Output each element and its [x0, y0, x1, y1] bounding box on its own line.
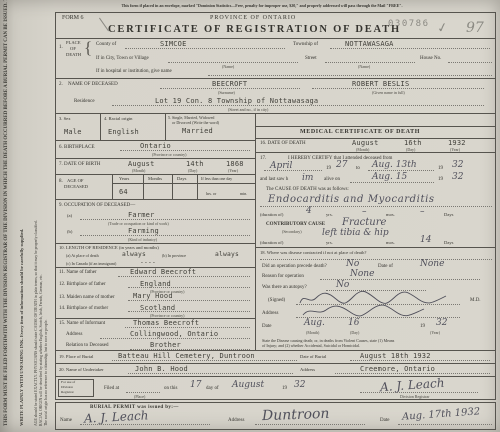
- permit-address-value: Duntroon: [262, 406, 330, 424]
- medical-certificate-header: MEDICAL CERTIFICATE OF DEATH: [300, 129, 420, 135]
- margin-fine-print: AGE should be stated EXACTLY. PHYSICIANS…: [34, 220, 49, 426]
- leader-line: [255, 424, 365, 425]
- city-town-village-label: If in City, Town or Village: [96, 56, 149, 61]
- surname-caption: (Surname): [218, 90, 235, 95]
- leader-line: [208, 75, 492, 76]
- place-of-death-label-1: PLACE: [66, 40, 81, 45]
- leader-line: [126, 392, 160, 393]
- relation-label: Relation to Deceased: [66, 343, 108, 348]
- duration2-mos-caption: mos.: [386, 240, 395, 245]
- age-label-2: DECEASED: [64, 184, 88, 189]
- duration-yrs-caption: yrs.: [326, 212, 333, 217]
- age-min-label: min.: [240, 191, 247, 196]
- leader-line: [350, 360, 490, 361]
- doctor-date-day-caption: (Day): [350, 330, 359, 335]
- duration-years-value: 4: [306, 206, 312, 216]
- doctor-date-year: 32: [436, 318, 447, 328]
- filed-at-label: Filed at: [104, 386, 119, 391]
- permit-date-label: Date: [380, 418, 389, 423]
- divider: [55, 158, 255, 159]
- certify-number: 17.: [260, 156, 266, 161]
- contributory-cause-line1: Fracture: [342, 217, 386, 228]
- attended-from-year: 27: [336, 160, 347, 170]
- residence-caption: (Street and no., if in city): [228, 107, 268, 112]
- duration2-label: (duration of): [260, 240, 283, 245]
- leader-line: [350, 182, 434, 183]
- leader-line: [128, 300, 250, 301]
- cause-of-death-value: Endocarditis and Myocarditis: [268, 194, 435, 205]
- father-birthplace-label: 12. Birthplace of father: [59, 282, 106, 287]
- leader-line: [335, 373, 490, 374]
- cell-divider: [197, 174, 198, 199]
- place-of-burial-value: Batteau Hill Cemetery, Duntroon: [118, 352, 255, 360]
- leader-line: [360, 392, 478, 393]
- leader-line: [80, 424, 210, 425]
- cell-divider: [143, 174, 144, 199]
- date-of-burial-label: Date of Burial: [300, 354, 326, 359]
- reason-for-operation-value: None: [350, 269, 374, 279]
- marital-label-line2: or Divorced (Write the word): [172, 120, 219, 125]
- leader-line: [168, 62, 298, 63]
- cell-divider: [165, 113, 166, 140]
- leader-line: [118, 276, 250, 277]
- given-name-caption: (Given name in full): [372, 90, 405, 95]
- mailing-note: This form if placed in an envelope, mark…: [62, 3, 462, 8]
- leader-line: [128, 311, 250, 312]
- informant-address-value: Collingwood, Ontario: [130, 330, 218, 338]
- township-label: Township of: [293, 42, 318, 47]
- divider: [55, 174, 255, 175]
- leader-line: [368, 170, 434, 171]
- date-of-burial-value: August 18th 1932: [360, 352, 431, 360]
- contributory-cause-label: CONTRIBUTORY CAUSE: [266, 222, 325, 227]
- name-of-deceased-label: NAME OF DECEASED: [68, 82, 118, 87]
- cell-divider: [172, 174, 173, 199]
- on-this-label: on this: [164, 386, 177, 391]
- undertaker-address-label: Address: [300, 367, 315, 372]
- date-of-death-day: 16th: [404, 139, 422, 147]
- permit-address-label: Address: [228, 418, 244, 423]
- age-col-years: Years: [119, 176, 129, 181]
- age-hrs-label: hrs. or: [206, 191, 216, 196]
- leader-line: [80, 235, 250, 236]
- sex-value: Male: [64, 128, 82, 136]
- leader-line: [312, 88, 484, 89]
- filed-19-prefix: 19: [282, 386, 287, 391]
- street-label: Street: [305, 56, 317, 61]
- leader-line: [80, 219, 250, 220]
- mother-name-label: 13. Maiden name of mother: [59, 295, 115, 300]
- residence-value: Lot 19 Con. 8 Township of Nottawasaga: [155, 97, 318, 105]
- birthplace-label: 6. BIRTHPLACE: [59, 145, 95, 150]
- age-number: 8.: [59, 179, 63, 184]
- last-saw-label: and last saw h: [260, 177, 288, 182]
- age-years-value: 64: [119, 188, 128, 196]
- date-of-birth-label: 7. DATE OF BIRTH: [59, 162, 100, 167]
- age-col-days: Days: [177, 176, 186, 181]
- year-19-prefix-b: 19: [438, 166, 443, 171]
- year-19-prefix-d: 19: [420, 324, 425, 329]
- residence-b-value: always: [215, 251, 239, 258]
- contributory-cause-line2: left tibia & hip: [322, 228, 389, 238]
- dob-month: August: [128, 160, 155, 168]
- him-handwritten: im: [302, 173, 313, 183]
- attended-to-year: 32: [452, 160, 463, 170]
- last-saw-value: Aug. 15: [372, 172, 407, 182]
- doctor-date-month: Aug.: [304, 318, 325, 328]
- length-of-residence-label: 10. LENGTH OF RESIDENCE (in years and mo…: [59, 245, 159, 250]
- name-of-deceased-number: 2.: [59, 82, 63, 87]
- duration-label: (duration of): [260, 212, 283, 217]
- cell-divider: [112, 174, 113, 199]
- to-word: to: [356, 166, 360, 171]
- violent-causes-note-line2: of Injury; and (2) whether Accidental, S…: [262, 343, 360, 348]
- leader-line: [100, 338, 250, 339]
- signed-label: (Signed): [268, 298, 285, 303]
- divider: [55, 140, 255, 141]
- racial-origin-value: English: [108, 128, 139, 136]
- residence-c-label: (c) In Canada (if an immigrant): [66, 261, 116, 266]
- date-of-death-label: 16. DATE OF DEATH: [260, 141, 306, 146]
- doctor-address-label: Address: [262, 311, 278, 316]
- serial-number-stamp: 030786: [388, 19, 430, 29]
- county-value: SIMCOE: [160, 40, 187, 48]
- father-name-value: Edward Beecroft: [130, 268, 196, 276]
- leader-line: [398, 424, 492, 425]
- duration-mos-caption: mos.: [386, 212, 395, 217]
- marital-value: Married: [182, 127, 213, 135]
- date-of-death-year: 1932: [448, 139, 466, 147]
- contributory-secondary-caption: (Secondary): [282, 229, 302, 234]
- duration-days-caption: Days: [444, 212, 453, 217]
- place-of-death-number: 1.: [59, 45, 63, 50]
- residence-a-label: (a) At place of death: [66, 253, 99, 258]
- undertaker-address-value: Creemore, Ontario: [360, 365, 435, 373]
- last-saw-year: 32: [452, 172, 463, 182]
- informant-value: Thomas Beecroft: [133, 319, 199, 327]
- divider: [55, 199, 255, 200]
- permit-name-label: Name: [60, 418, 72, 423]
- registrar-use-line3: Registrar: [61, 390, 74, 394]
- surname-value: BEECROFT: [212, 80, 247, 88]
- dob-day-caption: (Day): [188, 168, 197, 173]
- township-value: NOTTAWASAGA: [345, 40, 394, 48]
- margin-fine-print-line3: The racial origin has no reference to ci…: [44, 220, 49, 426]
- street-name-caption: (Name): [358, 64, 370, 69]
- doctor-date-year-caption: (Year): [430, 330, 440, 335]
- doctor-date-month-caption: (Month): [306, 330, 319, 335]
- place-of-death-label-3: DEATH: [66, 52, 81, 57]
- duration2-days-caption: Days: [444, 240, 453, 245]
- relation-value: Brother: [150, 341, 181, 349]
- given-name-value: ROBERT BESLIS: [352, 80, 409, 88]
- hospital-label: If in hospital or institution, give name: [96, 69, 172, 74]
- divider: [55, 350, 496, 351]
- form-number: FORM 6: [62, 15, 84, 21]
- province-heading: PROVINCE OF ONTARIO: [210, 15, 296, 21]
- leader-line: [128, 287, 250, 288]
- leader-line: [330, 48, 490, 49]
- age-label-1: AGE OF: [67, 178, 83, 183]
- divider: [112, 183, 255, 184]
- divider: [55, 78, 496, 79]
- father-name-label: 11. Name of father: [59, 270, 97, 275]
- dob-day: 14th: [186, 160, 204, 168]
- dob-month-caption: (Month): [132, 168, 145, 173]
- occupation-b-value: Farming: [128, 227, 159, 235]
- doctor-date-label: Date: [262, 324, 271, 329]
- death-certificate-scan: This form if placed in an envelope, mark…: [0, 0, 500, 432]
- county-label: County of: [96, 42, 116, 47]
- registrar-use-line2: Division: [61, 385, 73, 389]
- certificate-title: CERTIFICATE OF REGISTRATION OF DEATH: [108, 24, 401, 35]
- leader-line: [112, 360, 297, 361]
- filed-year-value: 32: [294, 380, 305, 390]
- filed-month-value: August: [232, 380, 264, 390]
- age-col-less-than-day: If less than one day: [201, 176, 232, 181]
- leader-line: [112, 105, 484, 106]
- leader-line: [160, 88, 300, 89]
- residence-b-label: (b) In province: [162, 253, 186, 258]
- year-19-prefix-c: 19: [438, 177, 443, 182]
- md-suffix: M.D.: [470, 298, 481, 303]
- place-of-death-label-2: OF: [70, 46, 76, 51]
- dob-year-caption: (Year): [228, 168, 238, 173]
- leader-line: [264, 170, 322, 171]
- filed-day-value: 17: [190, 380, 201, 390]
- leader-line: [125, 48, 285, 49]
- margin-ink-instruction: WRITE PLAINLY WITH UNFADING INK. Every i…: [19, 229, 24, 426]
- racial-origin-label: 4. Racial origin: [104, 116, 132, 121]
- divider: [55, 243, 255, 244]
- house-number-label: House No.: [420, 56, 441, 61]
- where-contracted-label: 18. Where was disease contracted if not …: [260, 250, 366, 255]
- duration2-yrs-caption: yrs.: [326, 240, 333, 245]
- occupation-label: 9. OCCUPATION OF DECEASED—: [59, 203, 135, 208]
- informant-address-label: Address: [66, 332, 82, 337]
- attended-to-value: Aug. 13th: [372, 160, 417, 170]
- birthplace-caption: (Province or country): [152, 152, 186, 157]
- leader-line: [125, 327, 250, 328]
- undertaker-label: 20. Name of Undertaker: [59, 367, 104, 372]
- divider: [55, 363, 496, 364]
- operation-label: Did an operation precede death?: [262, 264, 327, 269]
- division-registrar-caption: Division Registrar: [400, 394, 429, 399]
- filed-place-caption: (Place): [134, 394, 145, 399]
- place-brace: {: [84, 38, 92, 58]
- autopsy-answer: No: [336, 280, 349, 290]
- divider: [255, 152, 496, 153]
- dob-year: 1868: [226, 160, 244, 168]
- occupation-a-prefix: (a): [67, 213, 72, 218]
- reason-for-operation-label: Reason for operation: [262, 274, 304, 279]
- year-19-prefix-a: 19: [326, 166, 331, 171]
- residence-label: Residence: [74, 99, 95, 104]
- duration2-days-value: 14: [420, 235, 431, 245]
- place-of-burial-label: 19. Place of Burial: [59, 354, 93, 359]
- mother-name-value: Mary Hood: [133, 292, 173, 300]
- doctor-address-scribble: [300, 303, 430, 318]
- column-divider: [255, 113, 256, 350]
- occupation-a-value: Farmer: [128, 211, 155, 219]
- duration-months-value: –: [362, 207, 367, 217]
- registrar-use-line1: For use of: [61, 380, 75, 384]
- leader-line: [120, 150, 250, 151]
- sex-label: 3. Sex: [59, 116, 70, 121]
- leader-line: [128, 373, 293, 374]
- operation-date-value: None: [420, 259, 444, 269]
- divider: [255, 247, 496, 248]
- residence-a-value: always: [122, 251, 146, 258]
- margin-filing-instruction: THIS FORM MUST BE FILED FORTHWITH WITH T…: [4, 0, 9, 426]
- pencil-number: 97: [466, 20, 484, 36]
- residence-c-value: ----: [140, 259, 156, 266]
- leader-line: [260, 259, 492, 260]
- name-caption: (Name): [222, 64, 234, 69]
- doctor-date-day: 16: [348, 318, 359, 328]
- cause-of-death-label: The CAUSE OF DEATH was as follows:: [266, 187, 349, 192]
- undertaker-value: John B. Hood: [135, 365, 188, 373]
- leader-line: [260, 206, 492, 207]
- informant-label: 15. Name of Informant: [59, 321, 105, 326]
- occupation-b-prefix: (b): [67, 229, 72, 234]
- mother-birthplace-label: 14. Birthplace of mother: [59, 306, 108, 311]
- leader-line: [325, 62, 415, 63]
- divider: [55, 113, 496, 114]
- cell-divider: [100, 113, 101, 140]
- age-col-months: Months: [148, 176, 162, 181]
- operation-date-label: Date of: [378, 264, 393, 269]
- duration-days-value: –: [420, 207, 425, 217]
- occupation-a-caption: (Trade or occupation or kind of work): [108, 221, 169, 226]
- alive-on-label: alive on: [324, 177, 340, 182]
- divider: [255, 126, 496, 127]
- date-of-death-month: August: [352, 139, 379, 147]
- occupation-b-caption: (Kind of industry): [128, 237, 157, 242]
- divider: [55, 38, 496, 39]
- birthplace-value: Ontario: [140, 142, 171, 150]
- leader-line: [448, 62, 492, 63]
- day-of-label: day of: [206, 386, 219, 391]
- operation-answer: No: [346, 259, 359, 269]
